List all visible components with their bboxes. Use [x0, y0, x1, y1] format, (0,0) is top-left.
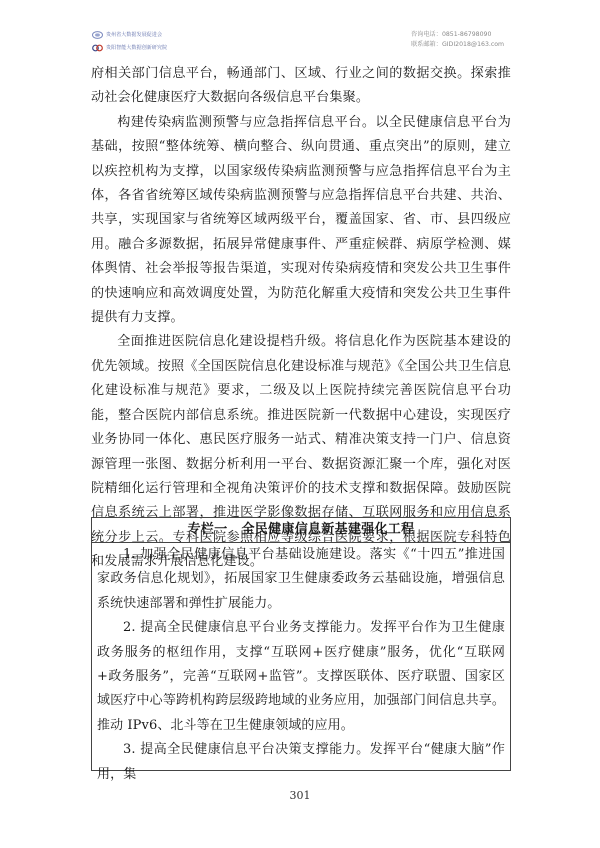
- institute-name: 贵阳智能大数据创新研究院: [106, 44, 167, 52]
- feature-item-3: 3. 提高全民健康信息平台决策支撑能力。发挥平台“健康大脑”作用，集: [97, 738, 505, 787]
- contact-email-row: 联系邮箱：GIDI2018@163.com: [411, 40, 504, 50]
- email-label: 联系邮箱：: [411, 40, 442, 50]
- contact-phone-row: 咨询电话：0851-86798090: [411, 30, 504, 40]
- feature-box-heading: 全民健康信息新基建强化工程: [242, 522, 415, 537]
- logo-row-institute: 贵阳智能大数据创新研究院: [92, 42, 172, 54]
- association-name: 贵州省大数据发展促进会: [106, 31, 162, 39]
- institute-logo-icon: [92, 44, 103, 52]
- phone-label: 咨询电话：: [411, 30, 442, 40]
- page-header: 贵州省大数据发展促进会 贵阳智能大数据创新研究院 咨询电话：0851-86798…: [0, 0, 600, 56]
- phone-number: 0851-86798090: [442, 30, 491, 40]
- feature-box-title: 专栏一全民健康信息新基建强化工程: [92, 518, 510, 543]
- contact-info: 咨询电话：0851-86798090 联系邮箱：GIDI2018@163.com: [411, 30, 504, 50]
- logo-row-association: 贵州省大数据发展促进会: [92, 29, 172, 41]
- paragraph-continuation: 府相关部门信息平台，畅通部门、区域、行业之间的数据交换。探索推动社会化健康医疗大…: [91, 62, 511, 111]
- feature-item-1: 1. 加强全民健康信息平台基础设施建设。落实《“十四五”推进国家政务信息化规划》…: [97, 543, 505, 616]
- feature-box: 专栏一全民健康信息新基建强化工程 1. 加强全民健康信息平台基础设施建设。落实《…: [91, 517, 511, 771]
- paragraph-infectious-disease-platform: 构建传染病监测预警与应急指挥信息平台。以全民健康信息平台为基础，按照“整体统筹、…: [91, 111, 511, 331]
- feature-item-2: 2. 提高全民健康信息平台业务支撑能力。发挥平台作为卫生健康政务服务的枢纽作用，…: [97, 616, 505, 738]
- feature-box-prefix: 专栏一: [188, 522, 228, 537]
- logo-block: 贵州省大数据发展促进会 贵阳智能大数据创新研究院: [92, 29, 172, 55]
- body-text: 府相关部门信息平台，畅通部门、区域、行业之间的数据交换。探索推动社会化健康医疗大…: [91, 62, 511, 575]
- org-logo-icon: [92, 31, 103, 39]
- page-number: 301: [0, 789, 600, 802]
- email-address: GIDI2018@163.com: [442, 40, 504, 50]
- feature-box-body: 1. 加强全民健康信息平台基础设施建设。落实《“十四五”推进国家政务信息化规划》…: [92, 543, 510, 787]
